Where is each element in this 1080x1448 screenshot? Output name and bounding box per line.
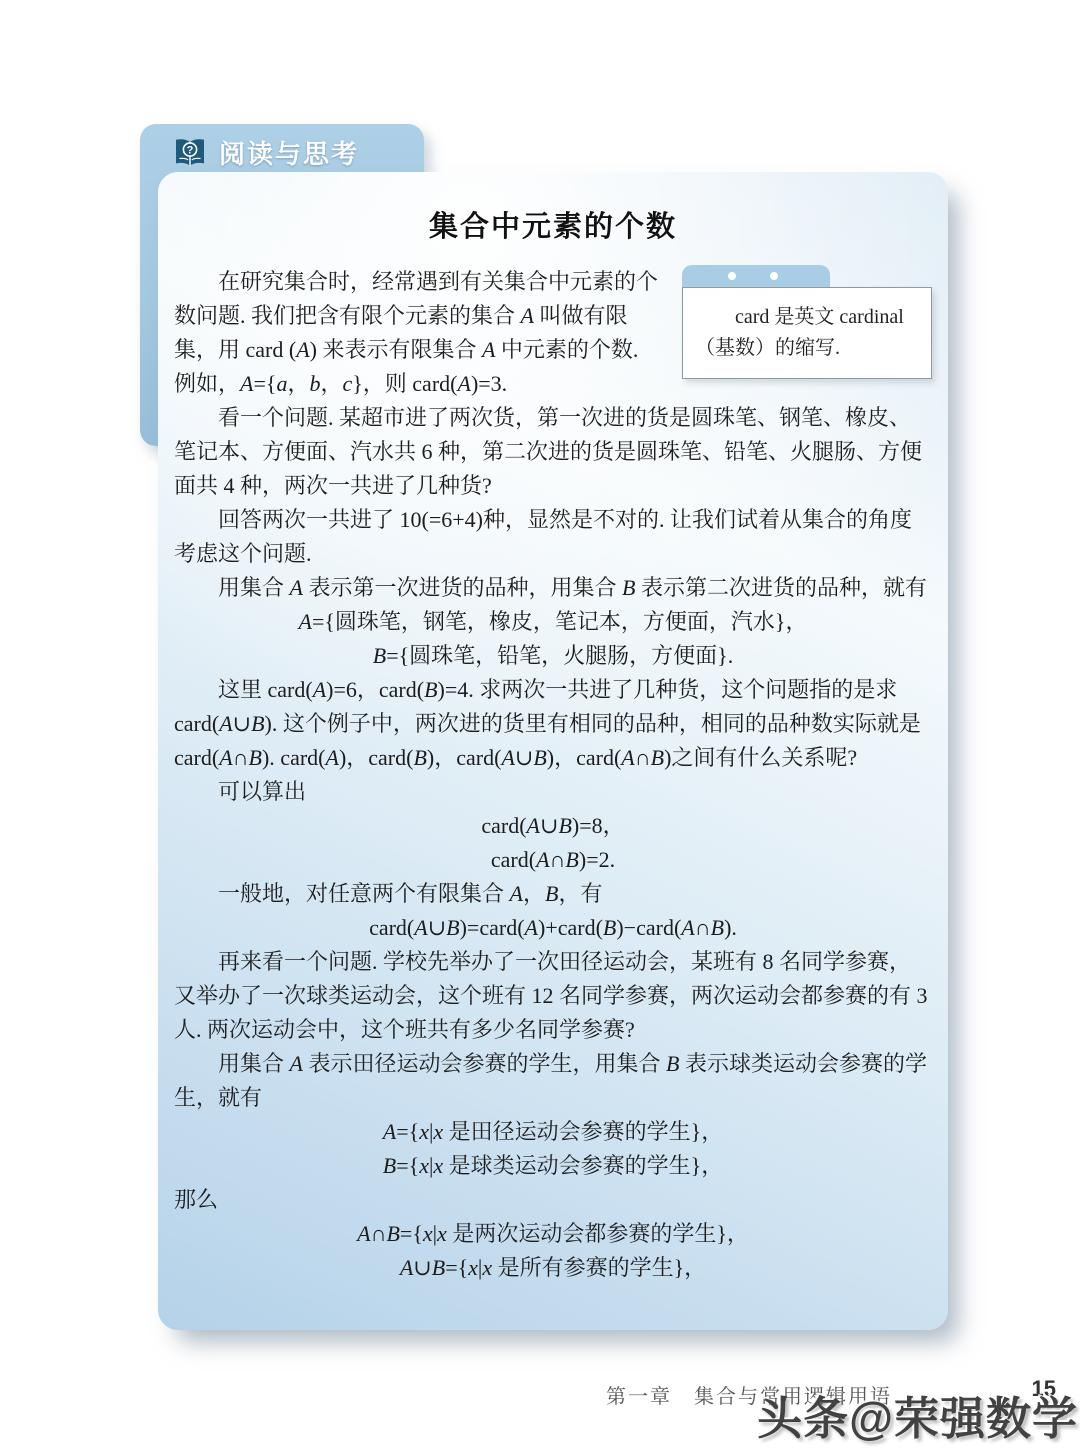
formula-text: A∩B={x|x 是两次运动会都参赛的学生}，: [357, 1221, 749, 1246]
book-question-icon: ?: [172, 135, 208, 171]
paragraph: 用集合 A 表示第一次进货的品种，用集合 B 表示第二次进货的品种，就有: [174, 571, 932, 605]
paragraph-text: 这里 card(A)=6，card(B)=4. 求两次一共进了几种货，这个问题指…: [174, 677, 921, 770]
paragraph-text: 回答两次一共进了 10(=6+4)种，显然是不对的. 让我们试着从集合的角度考虑…: [174, 507, 912, 566]
svg-text:?: ?: [187, 144, 194, 156]
formula-text: A∪B={x|x 是所有参赛的学生}，: [400, 1255, 706, 1280]
note-box-text: card 是英文 cardinal（基数）的缩写.: [682, 287, 932, 379]
watermark: 头条@荣强数学: [757, 1382, 1078, 1447]
formula-text: B={圆珠笔，铅笔，火腿肠，方便面}.: [373, 643, 733, 668]
formula-line: A={x|x 是田径运动会参赛的学生}，: [174, 1115, 932, 1149]
reading-section-tab-row: ? 阅读与思考: [140, 124, 424, 171]
paragraph-text: 可以算出: [218, 779, 306, 804]
formula-line: A∩B={x|x 是两次运动会都参赛的学生}，: [174, 1217, 932, 1251]
card-body: card 是英文 cardinal（基数）的缩写. 在研究集合时，经常遇到有关集…: [174, 265, 932, 1285]
paragraph-text: 看一个问题. 某超市进了两次货，第一次进的货是圆珠笔、钢笔、橡皮、笔记本、方便面…: [174, 405, 922, 498]
paragraph: 再来看一个问题. 学校先举办了一次田径运动会，某班有 8 名同学参赛，又举办了一…: [174, 945, 932, 1047]
paragraph: 那么: [174, 1183, 932, 1217]
page-background: { "tab": { "label": "阅读与思考", "icon": "bo…: [0, 0, 1080, 1448]
paragraph: 一般地，对任意两个有限集合 A，B，有: [174, 877, 932, 911]
paragraph-text: 在研究集合时，经常遇到有关集合中元素的个数问题. 我们把含有限个元素的集合 A …: [174, 269, 658, 396]
formula-line: card(A∪B)=card(A)+card(B)−card(A∩B).: [174, 911, 932, 945]
tab-label: 阅读与思考: [219, 134, 359, 171]
paragraph: 这里 card(A)=6，card(B)=4. 求两次一共进了几种货，这个问题指…: [174, 673, 932, 775]
paragraph-text: 那么: [174, 1187, 218, 1212]
formula-text: B={x|x 是球类运动会参赛的学生}，: [383, 1153, 723, 1178]
formula-line: card(A∩B)=2.: [174, 843, 932, 877]
paragraph: 可以算出: [174, 775, 932, 809]
formula-line: B={x|x 是球类运动会参赛的学生}，: [174, 1149, 932, 1183]
page-title: 集合中元素的个数: [174, 204, 932, 245]
note-box-dot: [728, 272, 736, 280]
formula-text: card(A∪B)=card(A)+card(B)−card(A∩B).: [369, 915, 737, 940]
formula-text: A={圆珠笔，钢笔，橡皮，笔记本，方便面，汽水}，: [299, 609, 808, 634]
note-box-dot: [770, 272, 778, 280]
paragraph-text: 用集合 A 表示第一次进货的品种，用集合 B 表示第二次进货的品种，就有: [218, 575, 927, 600]
formula-line: card(A∪B)=8，: [174, 809, 932, 843]
formula-line: A={圆珠笔，钢笔，橡皮，笔记本，方便面，汽水}，: [174, 605, 932, 639]
paragraph: 回答两次一共进了 10(=6+4)种，显然是不对的. 让我们试着从集合的角度考虑…: [174, 503, 932, 571]
note-box: card 是英文 cardinal（基数）的缩写.: [682, 265, 932, 379]
paragraph-text: 用集合 A 表示田径运动会参赛的学生，用集合 B 表示球类运动会参赛的学生，就有: [174, 1051, 927, 1110]
paragraph: 用集合 A 表示田径运动会参赛的学生，用集合 B 表示球类运动会参赛的学生，就有: [174, 1047, 932, 1115]
formula-line: A∪B={x|x 是所有参赛的学生}，: [174, 1251, 932, 1285]
formula-text: A={x|x 是田径运动会参赛的学生}，: [383, 1119, 723, 1144]
paragraph-text: 再来看一个问题. 学校先举办了一次田径运动会，某班有 8 名同学参赛，又举办了一…: [174, 949, 928, 1042]
content-card: 集合中元素的个数 card 是英文 cardinal（基数）的缩写. 在研究集合…: [158, 172, 948, 1330]
paragraph: card 是英文 cardinal（基数）的缩写. 在研究集合时，经常遇到有关集…: [174, 265, 932, 401]
formula-text: card(A∩B)=2.: [491, 847, 615, 872]
formula-line: B={圆珠笔，铅笔，火腿肠，方便面}.: [174, 639, 932, 673]
note-box-tab: [682, 265, 830, 287]
paragraph: 看一个问题. 某超市进了两次货，第一次进的货是圆珠笔、钢笔、橡皮、笔记本、方便面…: [174, 401, 932, 503]
paragraph-text: 一般地，对任意两个有限集合 A，B，有: [218, 881, 602, 906]
formula-text: card(A∪B)=8，: [481, 813, 624, 838]
